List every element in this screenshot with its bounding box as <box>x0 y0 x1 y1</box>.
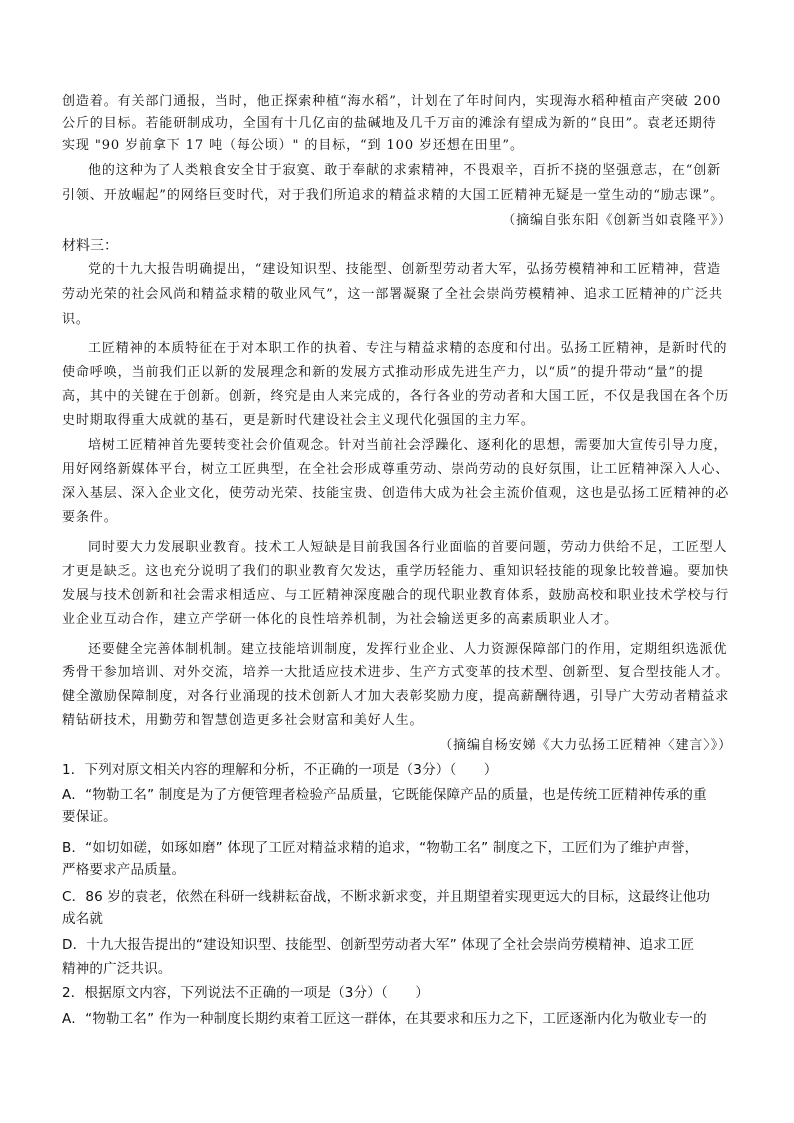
paragraph-line: 同时要大力发展职业教育。技术工人短缺是目前我国各行业面临的首要问题，劳动力供给不… <box>88 537 758 559</box>
paragraph-line: 培树工匠精神首先要转变社会价值观念。针对当前社会浮躁化、逐利化的思想，需要加大宣… <box>88 435 758 457</box>
answer-option-d: D．十九大报告提出的“建设知识型、技能型、创新型劳动者大军” 体现了全社会崇尚劳… <box>62 934 732 956</box>
source-citation: （摘编自张东阳《创新当如袁隆平》） <box>502 210 732 232</box>
answer-option-c-cont: 成名就 <box>62 908 732 930</box>
paragraph-line: 用好网络新媒体平台，树立工匠典型，在全社会形成尊重劳动、崇尚劳动的良好氛围，让工… <box>62 459 732 481</box>
answer-option-c: C．86 岁的袁老，依然在科研一线耕耘奋战，不断求新求变，并且期望着实现更远大的… <box>62 886 732 908</box>
paragraph-line: 业企业互动合作，建立产学研一体化的良性培养机制，为社会输送更多的高素质职业人才。 <box>62 609 732 631</box>
section-heading: 材料三： <box>62 235 732 257</box>
passage-line: 引领、开放崛起”的网络巨变时代，对于我们所追求的精益求精的大国工匠精神无疑是一堂… <box>62 185 732 207</box>
paragraph-line: 党的十九大报告明确提出，“建设知识型、技能型、创新型劳动者大军，弘扬劳模精神和工… <box>88 259 758 281</box>
paragraph-line: 工匠精神的本质特征在于对本职工作的执着、专注与精益求精的态度和付出。弘扬工匠精神… <box>88 338 758 360</box>
source-citation: （摘编自杨安娣《大力弘扬工匠精神〈建言〉》） <box>439 735 732 757</box>
paragraph-line: 史时期取得重大成就的基石，更是新时代建设社会主义现代化强国的主力军。 <box>62 410 732 432</box>
paragraph-line: 劳动光荣的社会风尚和精益求精的敬业风气”，这一部署凝聚了全社会崇尚劳模精神、追求… <box>62 284 732 306</box>
answer-option-a: A．“物勒工名” 作为一种制度长期约束着工匠这一群体，在其要求和压力之下，工匠逐… <box>62 1008 732 1030</box>
passage-line: 实现 "90 岁前拿下 17 吨（每公顷）" 的目标，“到 100 岁还想在田里… <box>62 135 732 157</box>
paragraph-line: 健全激励保障制度，对各行业涌现的技术创新人才加大表彰奖励力度，提高薪酬待遇，引导… <box>62 686 732 708</box>
answer-option-b: B．“如切如磋，如琢如磨” 体现了工匠对精益求精的追求，“物勒工名” 制度之下，… <box>62 837 732 859</box>
paragraph-line: 深入基层、深入企业文化，使劳动光荣、技能宝贵、创造伟大成为社会主流价值观，这也是… <box>62 483 732 505</box>
paragraph-line: 发展与技术创新和社会需求相适应、与工匠精神深度融合的现代职业教育体系，鼓励高校和… <box>62 585 732 607</box>
paragraph-line: 高，其中的关键在于创新。创新，终究是由人来完成的，各行各业的劳动者和大国工匠，不… <box>62 386 732 408</box>
question-stem: 1．下列对原文相关内容的理解和分析，不正确的一项是（3分）（ ） <box>62 759 732 781</box>
paragraph-line: 秀骨干参加培训、对外交流，培养一大批适应技术进步、生产方式变革的技术型、创新型、… <box>62 662 732 684</box>
answer-option-a: A．“物勒工名” 制度是为了方便管理者检验产品质量，它既能保障产品的质量，也是传… <box>62 784 732 806</box>
question-stem: 2．根据原文内容，下列说法不正确的一项是（3分）（ ） <box>62 982 732 1004</box>
answer-option-b-cont: 严格要求产品质量。 <box>62 859 732 881</box>
answer-option-a-cont: 要保证。 <box>62 806 732 828</box>
passage-line: 他的这种为了人类粮食安全甘于寂寞、敢于奉献的求索精神，不畏艰辛，百折不挠的坚强意… <box>88 160 758 182</box>
paragraph-line: 才更是缺乏。这也充分说明了我们的职业教育欠发达，重学历轻能力、重知识轻技能的现象… <box>62 561 732 583</box>
paragraph-line: 识。 <box>62 309 732 331</box>
paragraph-line: 精钻研技术，用勤劳和智慧创造更多社会财富和美好人生。 <box>62 710 732 732</box>
passage-line: 创造着。有关部门通报，当时，他正探索种植“海水稻”，计划在了年时间内，实现海水稻… <box>62 91 732 113</box>
passage-line: 公斤的目标。若能研制成功，全国有十几亿亩的盐碱地及几千万亩的滩涂有望成为新的“良… <box>62 113 732 135</box>
document-page: 创造着。有关部门通报，当时，他正探索种植“海水稻”，计划在了年时间内，实现海水稻… <box>0 0 794 1123</box>
paragraph-line: 使命呼唤，当前我们正以新的发展理念和新的发展方式推动形成先进生产力，以“质”的提… <box>62 362 732 384</box>
paragraph-line: 要条件。 <box>62 507 732 529</box>
answer-option-d-cont: 精神的广泛共识。 <box>62 958 732 980</box>
paragraph-line: 还要健全完善体制机制。建立技能培训制度，发挥行业企业、人力资源保障部门的作用，定… <box>88 639 758 661</box>
